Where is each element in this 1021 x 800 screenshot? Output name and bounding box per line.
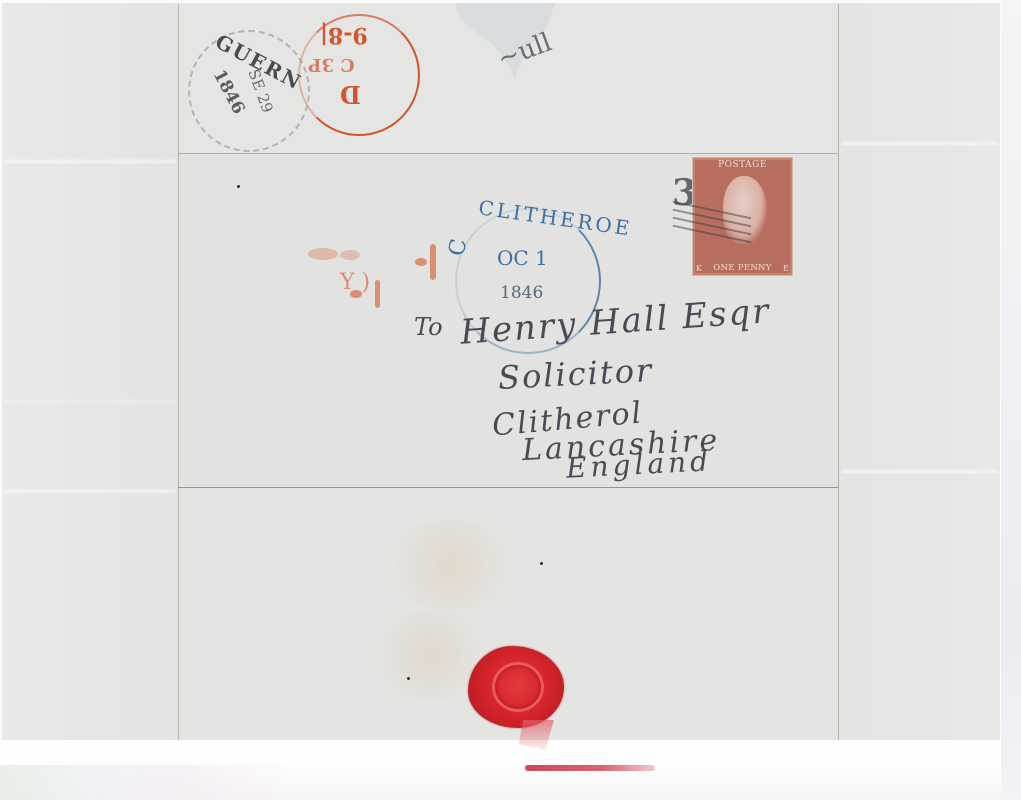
red-partial-postmark-text: Y ) <box>340 270 370 295</box>
left-flap <box>2 3 178 741</box>
address-prefix: To <box>414 313 443 341</box>
wax-seal <box>468 646 564 728</box>
address-occupation: Solicitor <box>497 351 654 397</box>
fold-line <box>178 487 838 488</box>
red-postmark-line2: C 3P <box>308 54 355 75</box>
foxing-stain <box>380 520 520 610</box>
stamp-letter-left: K <box>696 264 702 273</box>
red-postmark-line1: 9-8| <box>320 22 368 48</box>
ink-speck <box>540 562 543 565</box>
scanner-background-right <box>1001 0 1021 800</box>
red-postmark-line3: D <box>340 80 361 109</box>
paper-crease <box>4 400 176 403</box>
paper-crease <box>4 160 176 163</box>
clitheroe-postmark-date: OC 1 <box>497 246 548 270</box>
numeral-cancel-bars <box>672 205 752 245</box>
scanner-artifact <box>0 765 300 800</box>
wax-seal-trail <box>525 765 655 771</box>
ink-speck <box>407 677 410 680</box>
stamp-postage-label: POSTAGE <box>693 160 792 170</box>
stamp-value-label: ONE PENNY <box>693 263 792 273</box>
stamp-letter-right: E <box>783 264 789 273</box>
paper-crease <box>842 142 998 145</box>
ink-speck <box>237 185 240 188</box>
seal-impression-icon <box>492 662 544 712</box>
right-flap <box>840 3 1000 741</box>
paper-crease <box>842 470 998 473</box>
fold-line <box>838 4 839 740</box>
clitheroe-postmark-year: 1846 <box>500 283 543 303</box>
paper-crease <box>4 490 176 493</box>
